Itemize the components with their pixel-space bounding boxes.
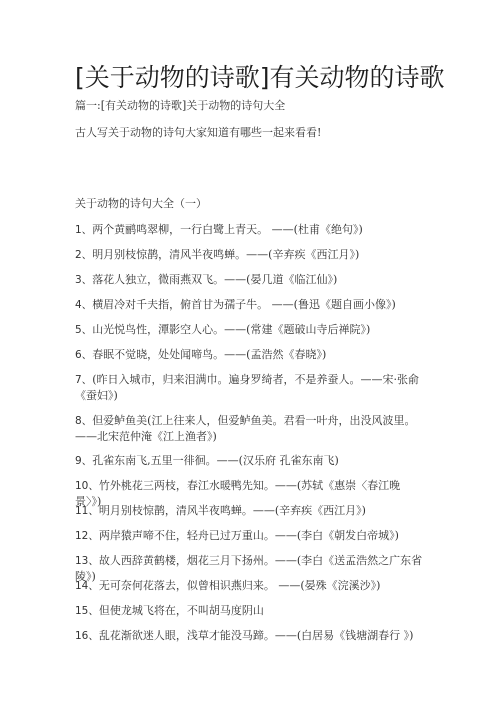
document-page: [关于动物的诗歌]有关动物的诗歌 篇一:[有关动物的诗歌]关于动物的诗句大全 古… xyxy=(0,0,500,707)
poem-line: 4、横眉冷对千夫指，俯首甘为孺子牛。 ——(鲁迅《题自画小像》) xyxy=(75,297,425,313)
poem-line: 1、两个黄鹂鸣翠柳，一行白鹭上青天。 ——(杜甫《绝句》) xyxy=(75,222,425,238)
poem-line: 8、但爱鲈鱼美(江上往来人，但爱鲈鱼美。君看一叶舟，出没风波里。——北宋范仲淹《… xyxy=(75,413,425,445)
poem-line: 3、落花人独立，微雨燕双飞。——(晏几道《临江仙》) xyxy=(75,272,425,288)
poem-line: 2、明月别枝惊鹊，清风半夜鸣蝉。——(辛弃疾《西江月》) xyxy=(75,247,425,263)
poem-line: 16、乱花渐欲迷人眼，浅草才能没马蹄。——(白居易《钱塘湖春行 》) xyxy=(75,628,425,644)
poem-line: 14、无可奈何花落去，似曾相识燕归来。 ——(晏殊《浣溪沙》) xyxy=(75,578,425,594)
poem-line: 6、春眠不觉晓，处处闻啼鸟。——(孟浩然《春晓》) xyxy=(75,347,425,363)
document-subtitle: 篇一:[有关动物的诗歌]关于动物的诗句大全 xyxy=(75,99,285,113)
document-intro: 古人写关于动物的诗句大家知道有哪些一起来看看! xyxy=(75,126,321,140)
poem-line: 9、孔雀东南飞,五里一徘徊。——(汉乐府 孔雀东南飞) xyxy=(75,453,425,469)
poem-line: 7、(昨日入城市，归来泪满巾。遍身罗绮者，不是养蚕人。——宋·张俞《蚕妇》) xyxy=(75,372,425,404)
document-title: [关于动物的诗歌]有关动物的诗歌 xyxy=(75,58,445,94)
poem-line: 5、山光悦鸟性，潭影空人心。——(常建《题破山寺后禅院》) xyxy=(75,322,425,338)
poem-line: 15、但使龙城飞将在，不叫胡马度阴山 xyxy=(75,603,425,619)
poem-line: 11、明月别枝惊鹊，清风半夜鸣蝉。——(辛弃疾《西江月》) xyxy=(75,503,425,519)
poem-line: 12、两岸猿声啼不住，轻舟已过万重山。——(李白《朝发白帝城》) xyxy=(75,528,425,544)
section-heading: 关于动物的诗句大全（一） xyxy=(75,197,207,211)
